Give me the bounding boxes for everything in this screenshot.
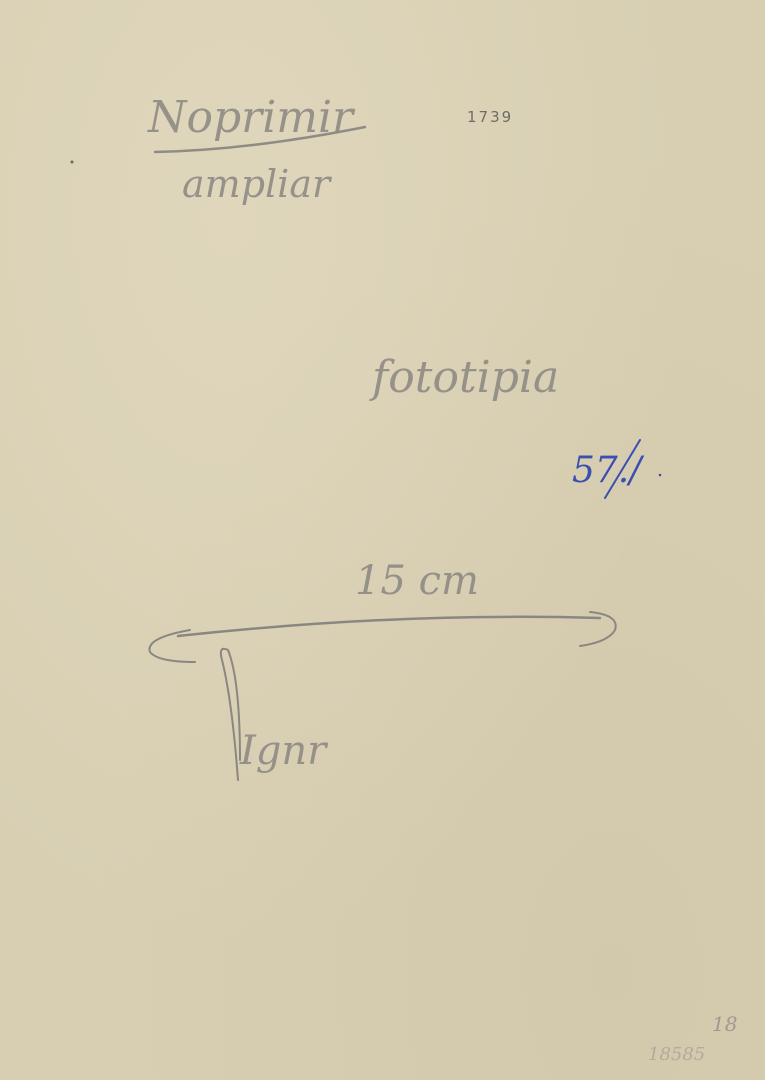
bottom-number-faded: 18585 <box>648 1044 705 1065</box>
bottom-number-small: 18 <box>712 1012 737 1036</box>
stamp-number: 1739 <box>467 108 513 126</box>
dimension-label: 15 cm <box>355 558 479 604</box>
title-handwriting: Noprimir <box>148 92 353 143</box>
subtitle-handwriting: ampliar <box>182 162 330 206</box>
technique-handwriting: fototipia <box>372 352 559 403</box>
pencil-strokes <box>0 0 765 1080</box>
signature: Ignr <box>240 728 326 774</box>
blue-ink-mark: 57./ <box>572 450 641 491</box>
